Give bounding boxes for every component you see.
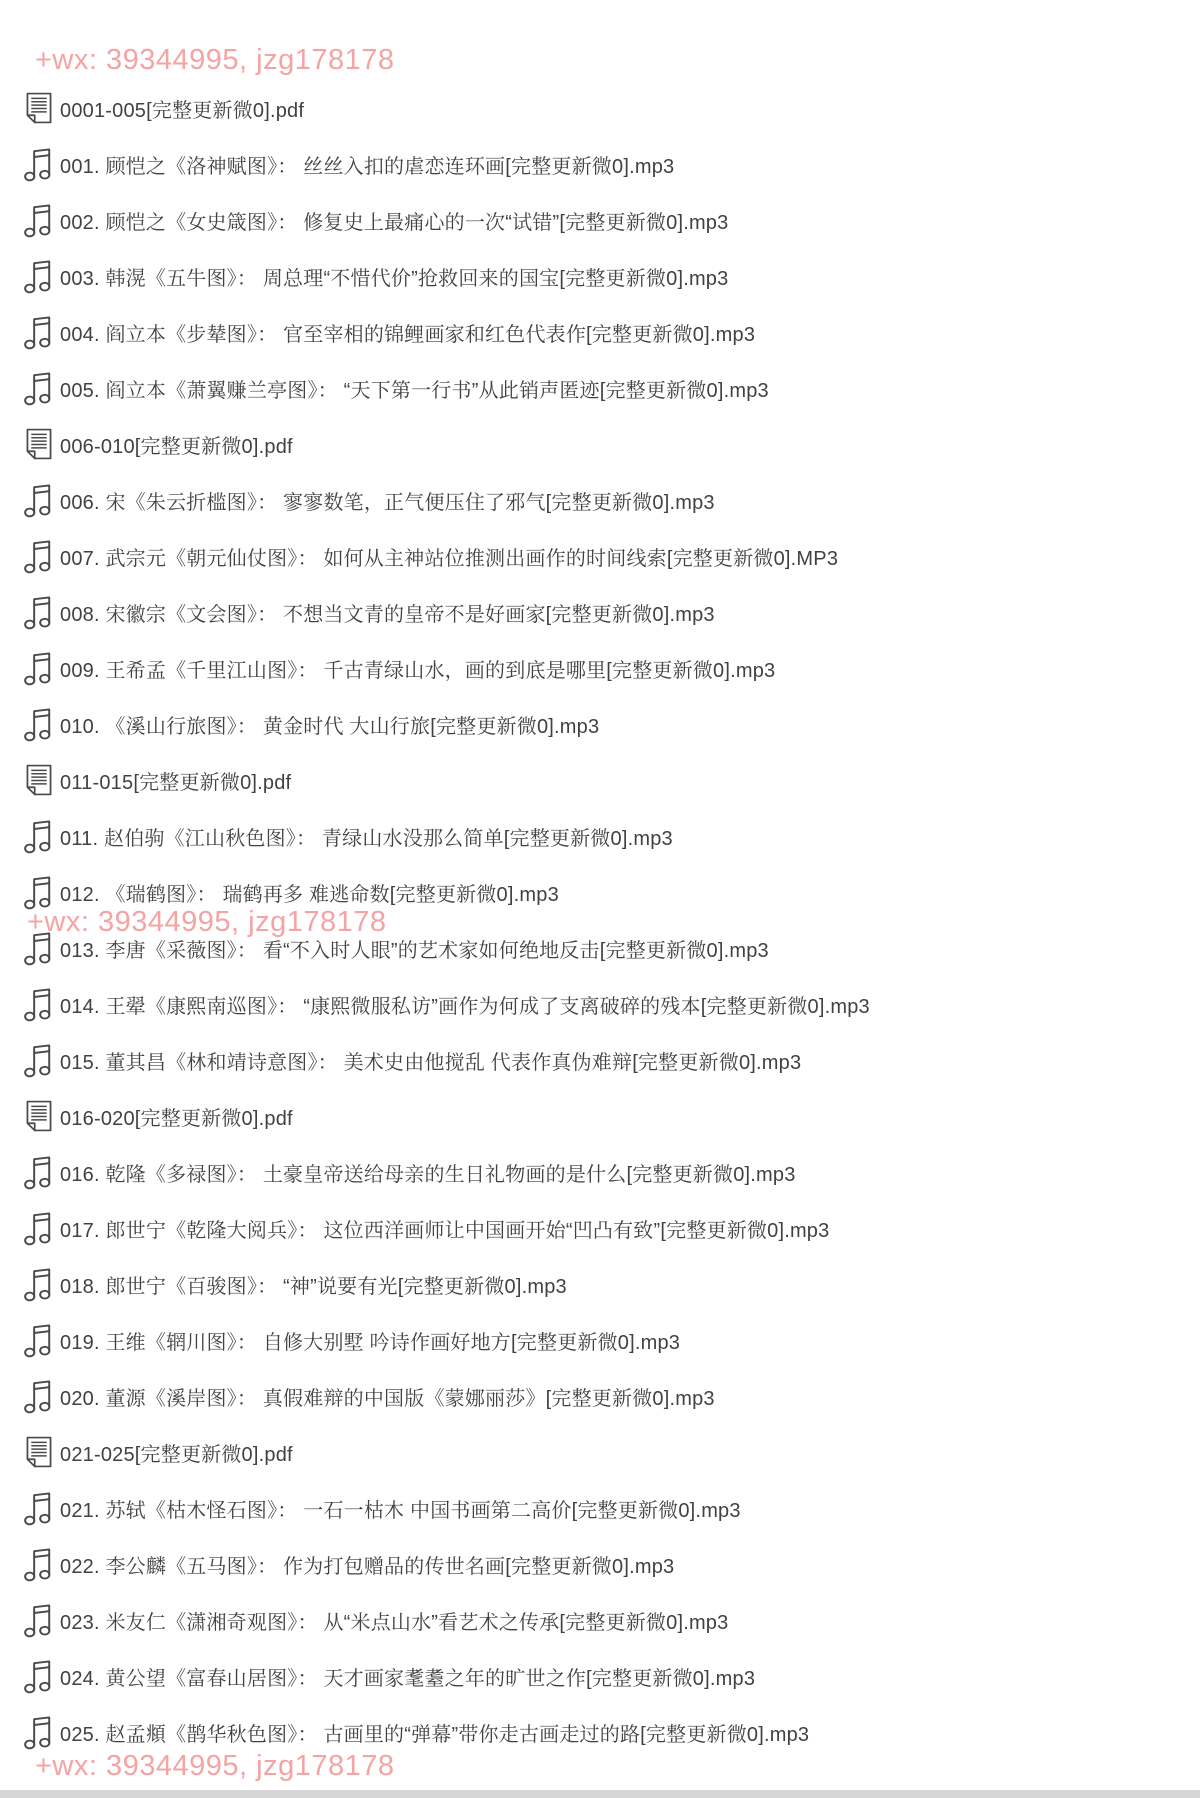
- file-name: 004. 阎立本《步辇图》： 官至宰相的锦鲤画家和红色代表作[完整更新微0].m…: [60, 318, 755, 347]
- music-note-icon: [23, 1322, 60, 1359]
- file-name: 002. 顾恺之《女史箴图》： 修复史上最痛心的一次“试错”[完整更新微0].m…: [60, 206, 728, 235]
- file-name: 022. 李公麟《五马图》： 作为打包赠品的传世名画[完整更新微0].mp3: [60, 1550, 674, 1579]
- file-row[interactable]: 014. 王翚《康熙南巡图》： “康熙微服私访”画作为何成了支离破碎的残本[完整…: [0, 976, 1200, 1032]
- music-note-icon: [23, 1490, 60, 1527]
- watermark-bottom: +wx: 39344995, jzg178178: [35, 1750, 394, 1783]
- file-row[interactable]: 019. 王维《辋川图》： 自修大别墅 吟诗作画好地方[完整更新微0].mp3: [0, 1312, 1200, 1368]
- file-row[interactable]: 020. 董源《溪岸图》： 真假难辩的中国版《蒙娜丽莎》[完整更新微0].mp3: [0, 1368, 1200, 1424]
- music-note-icon: [23, 202, 60, 239]
- file-name: 003. 韩滉《五牛图》： 周总理“不惜代价”抢救回来的国宝[完整更新微0].m…: [60, 262, 728, 291]
- file-name: 0001-005[完整更新微0].pdf: [60, 94, 304, 123]
- file-row[interactable]: 001. 顾恺之《洛神赋图》： 丝丝入扣的虐恋连环画[完整更新微0].mp3: [0, 136, 1200, 192]
- file-row[interactable]: 024. 黄公望《富春山居图》： 天才画家耄耋之年的旷世之作[完整更新微0].m…: [0, 1648, 1200, 1704]
- pdf-document-icon: [23, 764, 60, 796]
- music-note-icon: [23, 258, 60, 295]
- file-name: 021-025[完整更新微0].pdf: [60, 1438, 293, 1467]
- music-note-icon: [23, 594, 60, 631]
- file-name: 016-020[完整更新微0].pdf: [60, 1102, 293, 1131]
- music-note-icon: [23, 314, 60, 351]
- file-name: 008. 宋徽宗《文会图》： 不想当文青的皇帝不是好画家[完整更新微0].mp3: [60, 598, 715, 627]
- music-note-icon: [23, 1154, 60, 1191]
- file-name: 015. 董其昌《林和靖诗意图》： 美术史由他搅乱 代表作真伪难辩[完整更新微0…: [60, 1046, 801, 1075]
- file-name: 014. 王翚《康熙南巡图》： “康熙微服私访”画作为何成了支离破碎的残本[完整…: [60, 990, 870, 1019]
- file-name: 005. 阎立本《萧翼赚兰亭图》： “天下第一行书”从此销声匿迹[完整更新微0]…: [60, 374, 769, 403]
- file-row[interactable]: 007. 武宗元《朝元仙仗图》： 如何从主神站位推测出画作的时间线索[完整更新微…: [0, 528, 1200, 584]
- file-name: 019. 王维《辋川图》： 自修大别墅 吟诗作画好地方[完整更新微0].mp3: [60, 1326, 680, 1355]
- file-name: 012. 《瑞鹤图》： 瑞鹤再多 难逃命数[完整更新微0].mp3: [60, 878, 559, 907]
- file-name: 021. 苏轼《枯木怪石图》： 一石一枯木 中国书画第二高价[完整更新微0].m…: [60, 1494, 741, 1523]
- file-row[interactable]: 022. 李公麟《五马图》： 作为打包赠品的传世名画[完整更新微0].mp3: [0, 1536, 1200, 1592]
- music-note-icon: [23, 146, 60, 183]
- file-name: 017. 郎世宁《乾隆大阅兵》： 这位西洋画师让中国画开始“凹凸有致”[完整更新…: [60, 1214, 829, 1243]
- file-row[interactable]: 023. 米友仁《潇湘奇观图》： 从“米点山水”看艺术之传承[完整更新微0].m…: [0, 1592, 1200, 1648]
- file-row[interactable]: 008. 宋徽宗《文会图》： 不想当文青的皇帝不是好画家[完整更新微0].mp3: [0, 584, 1200, 640]
- file-row[interactable]: 021-025[完整更新微0].pdf: [0, 1424, 1200, 1480]
- file-row[interactable]: 015. 董其昌《林和靖诗意图》： 美术史由他搅乱 代表作真伪难辩[完整更新微0…: [0, 1032, 1200, 1088]
- bottom-bar: [0, 1790, 1200, 1798]
- file-row[interactable]: 016-020[完整更新微0].pdf: [0, 1088, 1200, 1144]
- file-name: 006-010[完整更新微0].pdf: [60, 430, 293, 459]
- file-name: 018. 郎世宁《百骏图》： “神”说要有光[完整更新微0].mp3: [60, 1270, 567, 1299]
- file-row[interactable]: 021. 苏轼《枯木怪石图》： 一石一枯木 中国书画第二高价[完整更新微0].m…: [0, 1480, 1200, 1536]
- music-note-icon: [23, 1042, 60, 1079]
- file-name: 006. 宋《朱云折槛图》： 寥寥数笔，正气便压住了邪气[完整更新微0].mp3: [60, 486, 715, 515]
- file-name: 011-015[完整更新微0].pdf: [60, 766, 291, 795]
- file-row[interactable]: 011. 赵伯驹《江山秋色图》： 青绿山水没那么简单[完整更新微0].mp3: [0, 808, 1200, 864]
- pdf-document-icon: [23, 1436, 60, 1468]
- pdf-document-icon: [23, 428, 60, 460]
- pdf-document-icon: [23, 1100, 60, 1132]
- music-note-icon: [23, 1658, 60, 1695]
- music-note-icon: [23, 1210, 60, 1247]
- file-row[interactable]: 0001-005[完整更新微0].pdf: [0, 80, 1200, 136]
- file-list-page: +wx: 39344995, jzg178178 0001-005[完整更新微0…: [0, 0, 1200, 1798]
- file-row[interactable]: 002. 顾恺之《女史箴图》： 修复史上最痛心的一次“试错”[完整更新微0].m…: [0, 192, 1200, 248]
- file-row[interactable]: 016. 乾隆《多禄图》： 土豪皇帝送给母亲的生日礼物画的是什么[完整更新微0]…: [0, 1144, 1200, 1200]
- music-note-icon: [23, 1378, 60, 1415]
- file-name: 011. 赵伯驹《江山秋色图》： 青绿山水没那么简单[完整更新微0].mp3: [60, 822, 673, 851]
- file-name: 025. 赵孟頫《鹊华秋色图》： 古画里的“弹幕”带你走古画走过的路[完整更新微…: [60, 1718, 809, 1747]
- file-row[interactable]: 011-015[完整更新微0].pdf: [0, 752, 1200, 808]
- music-note-icon: [23, 1714, 60, 1751]
- watermark-top: +wx: 39344995, jzg178178: [35, 44, 394, 77]
- file-name: 023. 米友仁《潇湘奇观图》： 从“米点山水”看艺术之传承[完整更新微0].m…: [60, 1606, 728, 1635]
- file-row[interactable]: 017. 郎世宁《乾隆大阅兵》： 这位西洋画师让中国画开始“凹凸有致”[完整更新…: [0, 1200, 1200, 1256]
- file-row[interactable]: 004. 阎立本《步辇图》： 官至宰相的锦鲤画家和红色代表作[完整更新微0].m…: [0, 304, 1200, 360]
- file-row[interactable]: 009. 王希孟《千里江山图》： 千古青绿山水，画的到底是哪里[完整更新微0].…: [0, 640, 1200, 696]
- file-name: 001. 顾恺之《洛神赋图》： 丝丝入扣的虐恋连环画[完整更新微0].mp3: [60, 150, 674, 179]
- music-note-icon: [23, 1602, 60, 1639]
- file-row[interactable]: 018. 郎世宁《百骏图》： “神”说要有光[完整更新微0].mp3: [0, 1256, 1200, 1312]
- file-name: 020. 董源《溪岸图》： 真假难辩的中国版《蒙娜丽莎》[完整更新微0].mp3: [60, 1382, 715, 1411]
- music-note-icon: [23, 874, 60, 911]
- pdf-document-icon: [23, 92, 60, 124]
- file-name: 010. 《溪山行旅图》： 黄金时代 大山行旅[完整更新微0].mp3: [60, 710, 599, 739]
- watermark-middle: +wx: 39344995, jzg178178: [27, 906, 386, 939]
- music-note-icon: [23, 650, 60, 687]
- music-note-icon: [23, 538, 60, 575]
- file-row[interactable]: 006. 宋《朱云折槛图》： 寥寥数笔，正气便压住了邪气[完整更新微0].mp3: [0, 472, 1200, 528]
- file-name: 009. 王希孟《千里江山图》： 千古青绿山水，画的到底是哪里[完整更新微0].…: [60, 654, 775, 683]
- file-name: 024. 黄公望《富春山居图》： 天才画家耄耋之年的旷世之作[完整更新微0].m…: [60, 1662, 755, 1691]
- file-name: 007. 武宗元《朝元仙仗图》： 如何从主神站位推测出画作的时间线索[完整更新微…: [60, 542, 838, 571]
- music-note-icon: [23, 370, 60, 407]
- file-row[interactable]: 006-010[完整更新微0].pdf: [0, 416, 1200, 472]
- music-note-icon: [23, 706, 60, 743]
- music-note-icon: [23, 818, 60, 855]
- file-row[interactable]: 005. 阎立本《萧翼赚兰亭图》： “天下第一行书”从此销声匿迹[完整更新微0]…: [0, 360, 1200, 416]
- music-note-icon: [23, 482, 60, 519]
- music-note-icon: [23, 986, 60, 1023]
- music-note-icon: [23, 1266, 60, 1303]
- file-name: 016. 乾隆《多禄图》： 土豪皇帝送给母亲的生日礼物画的是什么[完整更新微0]…: [60, 1158, 796, 1187]
- file-row[interactable]: 003. 韩滉《五牛图》： 周总理“不惜代价”抢救回来的国宝[完整更新微0].m…: [0, 248, 1200, 304]
- file-row[interactable]: 010. 《溪山行旅图》： 黄金时代 大山行旅[完整更新微0].mp3: [0, 696, 1200, 752]
- music-note-icon: [23, 1546, 60, 1583]
